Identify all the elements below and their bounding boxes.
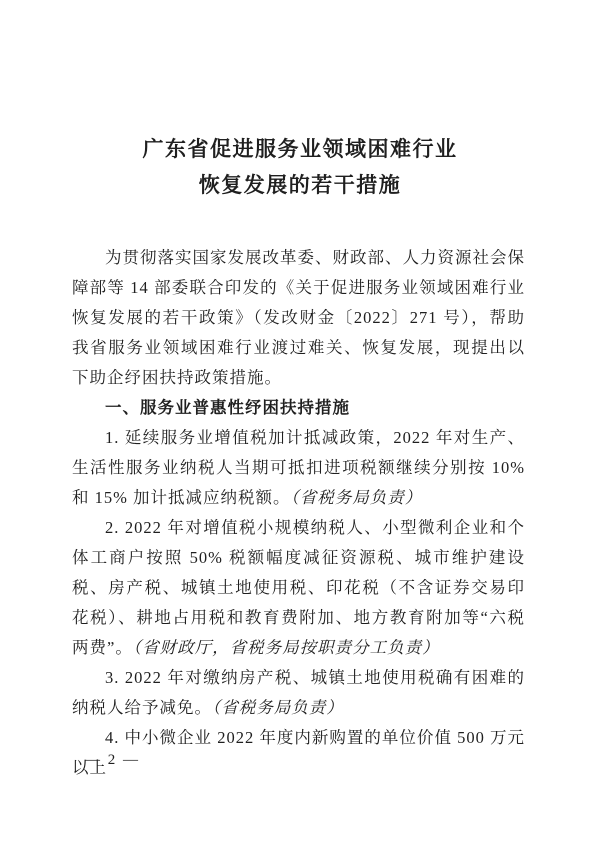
- document-title-line-1: 广东省促进服务业领域困难行业: [0, 131, 600, 167]
- document-title-line-2: 恢复发展的若干措施: [0, 167, 600, 203]
- intro-paragraph: 为贯彻落实国家发展改革委、财政部、人力资源社会保障部等 14 部委联合印发的《关…: [72, 243, 525, 393]
- page-number: — 2 —: [85, 750, 140, 770]
- document-title: 广东省促进服务业领域困难行业 恢复发展的若干措施: [0, 0, 600, 203]
- policy-item-1: 1. 延续服务业增值税加计抵减政策，2022 年对生产、生活性服务业纳税人当期可…: [72, 423, 525, 513]
- document-page: 广东省促进服务业领域困难行业 恢复发展的若干措施 为贯彻落实国家发展改革委、财政…: [0, 0, 600, 848]
- policy-item-2-text: 2. 2022 年对增值税小规模纳税人、小型微利企业和个体工商户按照 50% 税…: [72, 518, 525, 657]
- policy-item-3-responsible-dept: （省税务局负责）: [212, 698, 344, 717]
- policy-item-3: 3. 2022 年对缴纳房产税、城镇土地使用税确有困难的纳税人给予减免。（省税务…: [72, 663, 525, 723]
- document-body: 为贯彻落实国家发展改革委、财政部、人力资源社会保障部等 14 部委联合印发的《关…: [72, 243, 525, 783]
- policy-item-2: 2. 2022 年对增值税小规模纳税人、小型微利企业和个体工商户按照 50% 税…: [72, 513, 525, 663]
- section-heading-1: 一、服务业普惠性纾困扶持措施: [72, 393, 525, 423]
- policy-item-1-responsible-dept: （省税务局负责）: [291, 488, 423, 507]
- intro-text: 为贯彻落实国家发展改革委、财政部、人力资源社会保障部等 14 部委联合印发的《关…: [72, 248, 525, 387]
- policy-item-2-responsible-dept: （省财政厅，省税务局按职责分工负责）: [133, 638, 440, 657]
